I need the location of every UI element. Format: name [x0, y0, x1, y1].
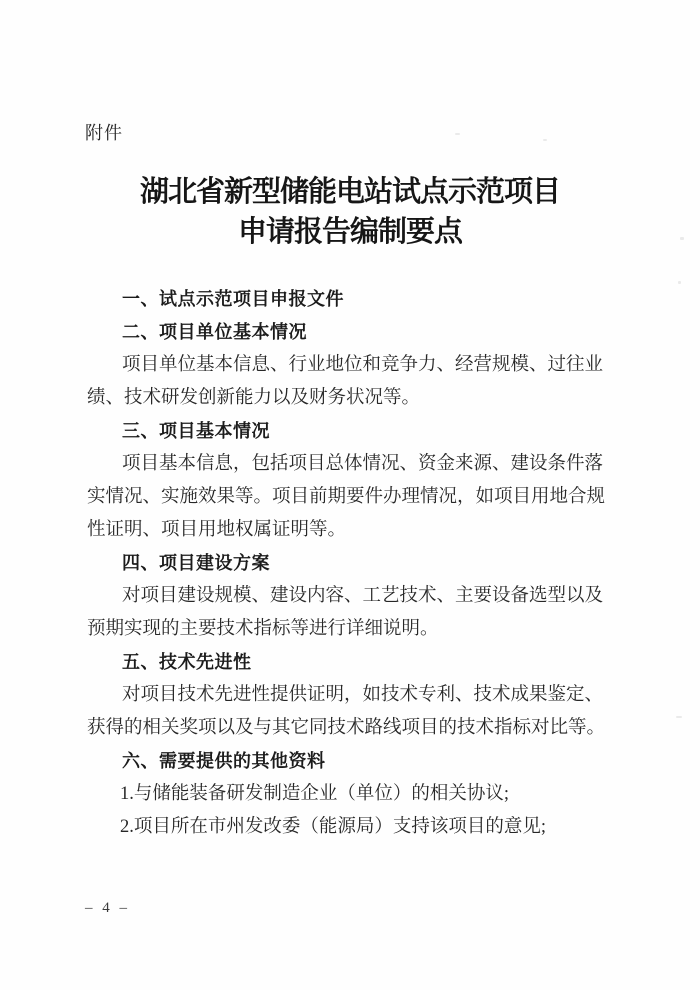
section-3-heading: 三、项目基本情况 [87, 415, 617, 448]
section-4-heading: 四、项目建设方案 [87, 547, 617, 580]
section-5-heading: 五、技术先进性 [87, 646, 617, 679]
section-4-text-line: 预期实现的主要技术指标等进行详细说明。 [87, 613, 617, 646]
document-body: 一、试点示范项目申报文件 二、项目单位基本情况 项目单位基本信息、行业地位和竞争… [87, 283, 617, 844]
section-6-heading: 六、需要提供的其他资料 [87, 745, 617, 778]
section-2-text-line: 绩、技术研发创新能力以及财务状况等。 [87, 382, 617, 415]
scan-speck [680, 237, 684, 240]
section-4-text-line: 对项目建设规模、建设内容、工艺技术、主要设备选型以及 [87, 580, 617, 613]
section-6-list-item-2: 2.项目所在市州发改委（能源局）支持该项目的意见; [87, 811, 617, 844]
document-title-line-1: 湖北省新型储能电站试点示范项目 [80, 172, 620, 212]
section-5-text-line: 获得的相关奖项以及与其它同技术路线项目的技术指标对比等。 [87, 712, 617, 745]
section-5-text-line: 对项目技术先进性提供证明，如技术专利、技术成果鉴定、 [87, 679, 617, 712]
section-2-heading: 二、项目单位基本情况 [87, 316, 617, 349]
page-number: – 4 – [85, 900, 130, 917]
scan-speck [678, 281, 681, 284]
section-3-text-line: 性证明、项目用地权属证明等。 [87, 514, 617, 547]
scan-speck [676, 716, 682, 718]
scanned-document-page: 附件 湖北省新型储能电站试点示范项目 申请报告编制要点 一、试点示范项目申报文件… [0, 0, 700, 990]
scan-speck [543, 139, 547, 141]
document-title-line-2: 申请报告编制要点 [80, 212, 620, 252]
section-3-text-line: 项目基本信息，包括项目总体情况、资金来源、建设条件落 [87, 448, 617, 481]
section-6-list-item-1: 1.与储能装备研发制造企业（单位）的相关协议; [87, 778, 617, 811]
section-3-text-line: 实情况、实施效果等。项目前期要件办理情况，如项目用地合规 [87, 481, 617, 514]
attachment-label: 附件 [85, 119, 123, 145]
section-2-text-line: 项目单位基本信息、行业地位和竞争力、经营规模、过往业 [87, 349, 617, 382]
section-1-heading: 一、试点示范项目申报文件 [87, 283, 617, 316]
scan-speck [455, 133, 460, 135]
document-title: 湖北省新型储能电站试点示范项目 申请报告编制要点 [80, 172, 620, 252]
